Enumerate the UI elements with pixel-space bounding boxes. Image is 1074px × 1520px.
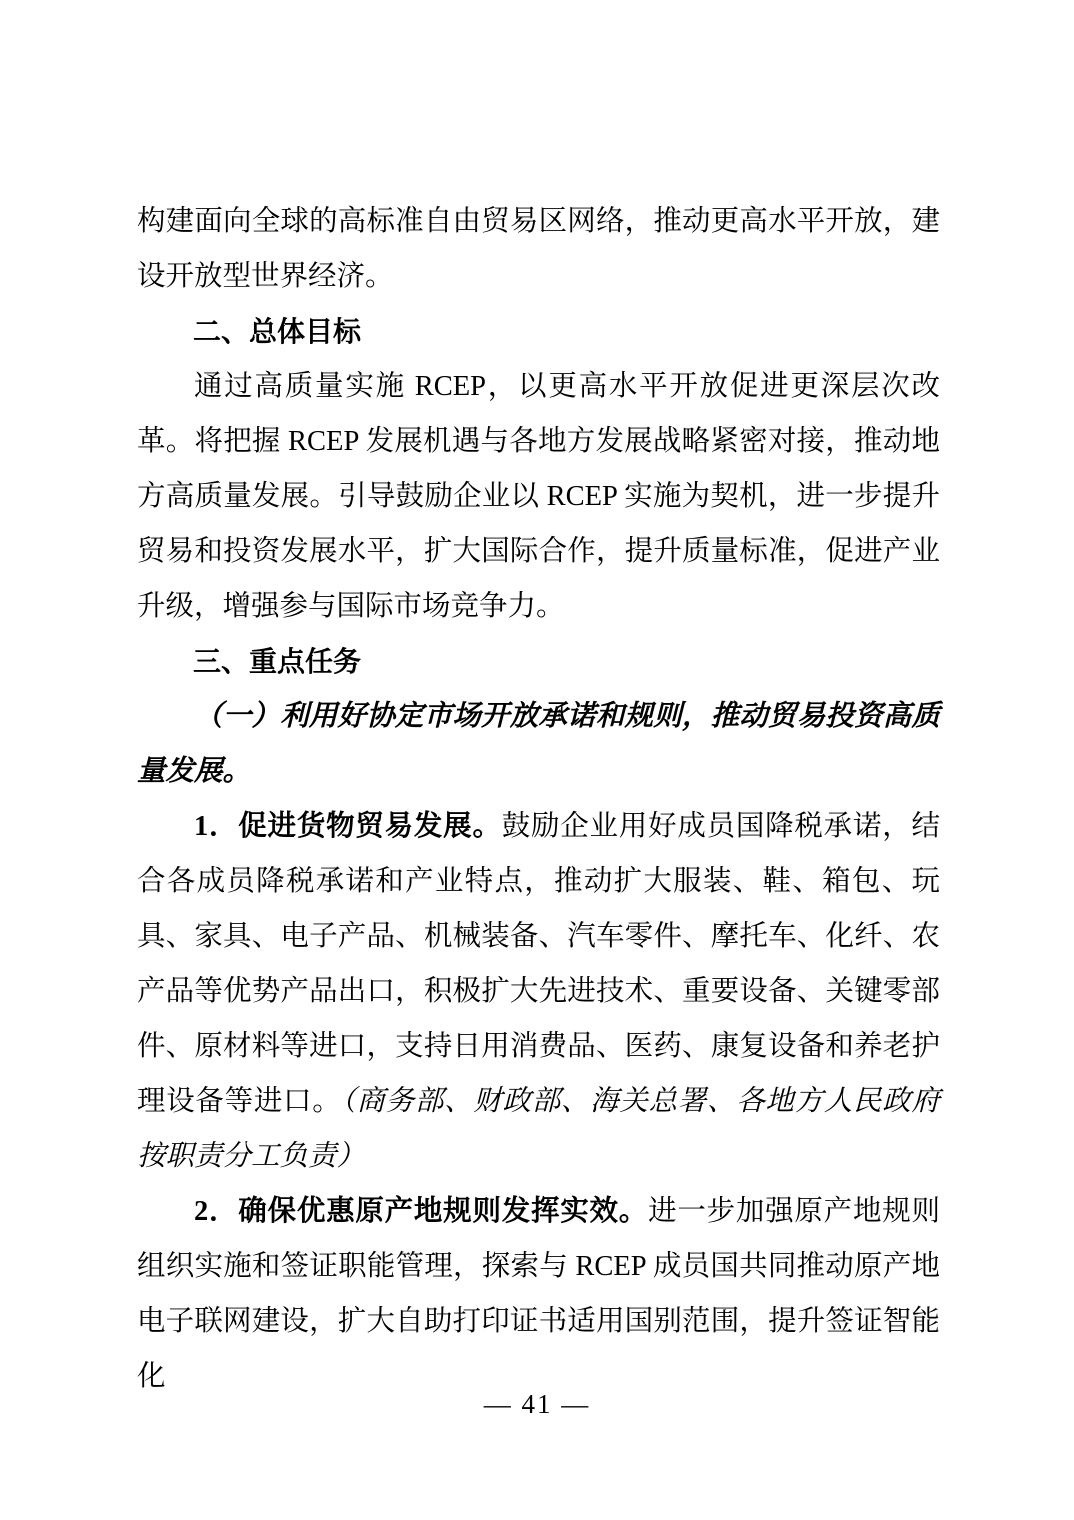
document-body: 构建面向全球的高标准自由贸易区网络，推动更高水平开放，建设开放型世界经济。 二、…	[137, 194, 940, 1404]
document-page: 构建面向全球的高标准自由贸易区网络，推动更高水平开放，建设开放型世界经济。 二、…	[0, 0, 1074, 1520]
task-1-body: 鼓励企业用好成员国降税承诺，结合各成员降税承诺和产业特点，推动扩大服装、鞋、箱包…	[137, 811, 940, 1117]
section-heading-overall-goals: 二、总体目标	[137, 304, 940, 359]
task-1-lead: 1．促进货物贸易发展。	[194, 811, 502, 842]
paragraph-task-2: 2．确保优惠原产地规则发挥实效。进一步加强原产地规则组织实施和签证职能管理，探索…	[137, 1184, 940, 1404]
paragraph-overall-goals: 通过高质量实施 RCEP，以更高水平开放促进更深层次改革。将把握 RCEP 发展…	[137, 359, 940, 634]
paragraph-task-1: 1．促进货物贸易发展。鼓励企业用好成员国降税承诺，结合各成员降税承诺和产业特点，…	[137, 799, 940, 1184]
page-number: — 41 —	[0, 1389, 1074, 1420]
section-heading-key-tasks: 三、重点任务	[137, 634, 940, 689]
subsection-heading-1: （一）利用好协定市场开放承诺和规则，推动贸易投资高质量发展。	[137, 689, 940, 799]
task-2-lead: 2．确保优惠原产地规则发挥实效。	[194, 1196, 648, 1227]
paragraph-intro-continuation: 构建面向全球的高标准自由贸易区网络，推动更高水平开放，建设开放型世界经济。	[137, 194, 940, 304]
